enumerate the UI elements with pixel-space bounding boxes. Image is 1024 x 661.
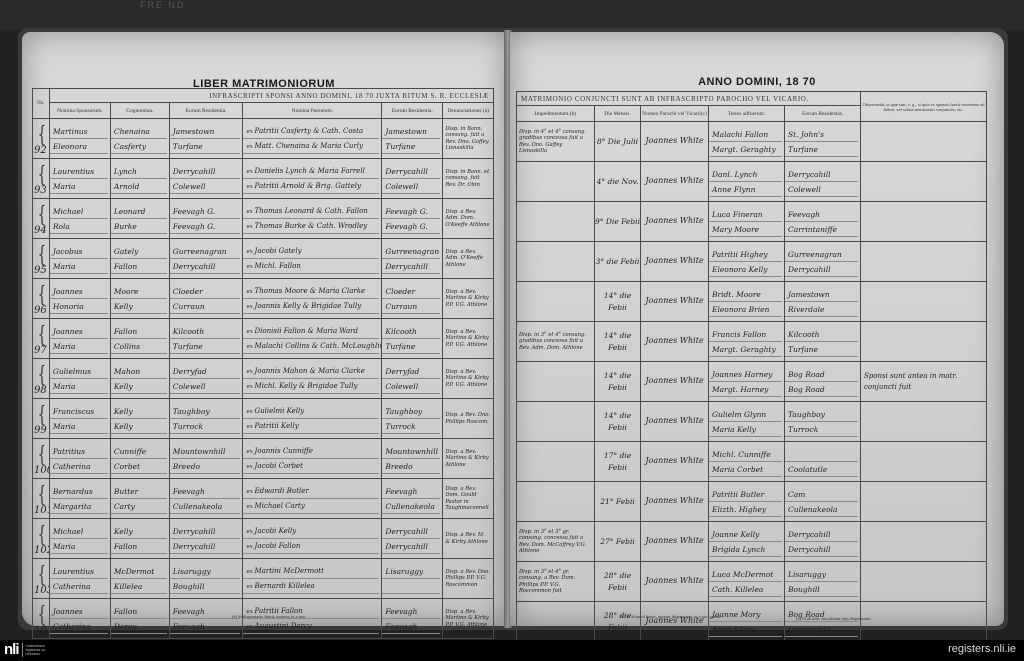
register-entry-row: 96JoannesHonoriaMooreKellyCloederCurraun… <box>33 279 494 319</box>
viewer-footer-bar: nli Leabharlann Náisiúnta na hÉireann re… <box>0 640 1024 661</box>
observations-note <box>861 602 987 642</box>
register-entry-row: 95JacobusMariaGatelyFallonGurreenagranDe… <box>33 239 494 279</box>
register-entry-row: 102MichaelMariaKellyFallonDerrycahillDer… <box>33 519 494 559</box>
observations-note <box>861 122 987 162</box>
parents-names: Patritii Casferty & Cath. CostaMatt. Che… <box>243 119 382 159</box>
parents-residence: GurreenagranDerrycahill <box>382 239 443 279</box>
spouse-surnames: ChenainaCasferty <box>110 119 169 159</box>
parents-residence: FeevaghCullenakeola <box>382 479 443 519</box>
witness-residence: GurreenagranDerrycahill <box>785 242 861 282</box>
marriage-date: 28° die Febii <box>595 602 641 642</box>
register-entry-row: 101BernardusMargaritaButterCartyFeevaghC… <box>33 479 494 519</box>
spouse-surnames: GatelyFallon <box>110 239 169 279</box>
spouse-residence: DerrycahillDerrycahill <box>169 519 243 559</box>
col-parents-residence: Eorum Residentia. <box>382 103 443 119</box>
register-entry-row: 93LaurentiusMariaLynchArnoldDerrycahillC… <box>33 159 494 199</box>
spouse-names: BernardusMargarita <box>49 479 110 519</box>
spouse-surnames: LynchArnold <box>110 159 169 199</box>
marriage-date: 27° Febii <box>595 522 641 562</box>
marriage-date: 14° die Febii <box>595 322 641 362</box>
witness-names: Luca McDermotCath. Killelea <box>709 562 785 602</box>
impediment-note <box>517 362 595 402</box>
spouse-residence: DerrycahillColewell <box>169 159 243 199</box>
right-footnote-c: (c) Si ab alio, inscribatur ejus dispens… <box>796 616 871 621</box>
denunciation-note: Disp. a Rev. Martino & Kirby P.P. V.G. A… <box>443 599 494 639</box>
entry-number: 97 <box>33 319 50 359</box>
register-entry-row: 14° die FebiiJoannes WhiteGulielm GlynnM… <box>517 402 987 442</box>
parents-residence: DerryfadColewell <box>382 359 443 399</box>
observations-note <box>861 202 987 242</box>
denunciation-note: Disp. a Rev. Dno. Phillips Roscom. <box>443 399 494 439</box>
marriage-date: 21° Febii <box>595 482 641 522</box>
observations-note <box>861 282 987 322</box>
col-denunciations: Denunciationes (a) <box>443 103 494 119</box>
impediment-note <box>517 402 595 442</box>
marriage-date: 14° die Febii <box>595 362 641 402</box>
register-entry-row: 17° die FebiiJoannes WhiteMichl. Cunniff… <box>517 442 987 482</box>
register-entry-row: 14° die FebiiJoannes WhiteJoannes Harney… <box>517 362 987 402</box>
witness-names: Patritii HigheyEleonora Kelly <box>709 242 785 282</box>
witness-residence: JamestownRiverdale <box>785 282 861 322</box>
spouse-surnames: MooreKelly <box>110 279 169 319</box>
register-entry-row: 98GulielmusMariaMahonKellyDerryfadColewe… <box>33 359 494 399</box>
parents-names: Danielis Lynch & Maria FarrellPatritii A… <box>243 159 382 199</box>
denunciation-note: Disp. in Bann. consang. fuit a Rev. Dno.… <box>443 119 494 159</box>
parents-names: Thomas Moore & Maria ClarkeJoannis Kelly… <box>243 279 382 319</box>
witness-names: Danl. LynchAnne Flynn <box>709 162 785 202</box>
entry-number: 100 <box>33 439 50 479</box>
register-entry-row: 28° die FebiiJoannes WhiteJoanne MoryAnn… <box>517 602 987 642</box>
spouse-names: JoannesHonoria <box>49 279 110 319</box>
register-entry-row: Disp. in 3° et 4° gr. consang. a Rev. Do… <box>517 562 987 602</box>
witness-names: Joanne KellyBrigida Lynch <box>709 522 785 562</box>
parents-names: Martini McDermottBernardi Killelea <box>243 559 382 599</box>
observations-note <box>861 562 987 602</box>
register-book: LIBER MATRIMONIORUM No. INFRASCRIPTI SPO… <box>18 28 1008 630</box>
col-witness-residence: Eorum Residentia. <box>785 106 861 122</box>
observations-note <box>861 482 987 522</box>
parents-residence: DerrycahillColewell <box>382 159 443 199</box>
denunciation-note: Disp. a Rev. Martino & Kirby P.P. V.G. A… <box>443 319 494 359</box>
right-page: ANNO DOMINI, 18 70 MATRIMONIO CONJUNCTI … <box>510 32 1004 626</box>
spouse-names: FranciscusMaria <box>49 399 110 439</box>
marriage-date: 3° die Febii <box>595 242 641 282</box>
marriage-date: 17° die Febii <box>595 442 641 482</box>
col-surnames: Cognomina. <box>110 103 169 119</box>
denunciation-note: Disp. a Rev. Adm. O'Keeffe Athlone <box>443 239 494 279</box>
spouse-names: MartinusEleonora <box>49 119 110 159</box>
spouse-residence: Feevagh G.Feevagh G. <box>169 199 243 239</box>
witness-names: Gulielm GlynnMaria Kelly <box>709 402 785 442</box>
parents-residence: TaughboyTurrock <box>382 399 443 439</box>
register-entry-row: 100PatritiusCatherinaCunniffeCorbetMount… <box>33 439 494 479</box>
observations-note: Sponsi sunt antea in matr. conjuncti fui… <box>861 362 987 402</box>
denunciation-note: Disp. a Rev. Adm. Dom. O'Keeffe Athlone <box>443 199 494 239</box>
parents-residence: Lisaruggy <box>382 559 443 599</box>
witness-names: Joannes HarneyMargt. Harney <box>709 362 785 402</box>
witness-residence: DerrycahillColewell <box>785 162 861 202</box>
nli-logo-mark: nli <box>4 642 19 657</box>
impediment-note: Disp. in 3° et 4° consang. gradibus conc… <box>517 322 595 362</box>
witness-residence: Bog RoadBog Road <box>785 362 861 402</box>
parents-names: Edwardi ButlerMichael Carty <box>243 479 382 519</box>
spouse-names: LaurentiusMaria <box>49 159 110 199</box>
parents-residence: CloederCurraun <box>382 279 443 319</box>
marriage-date: 28° die Febii <box>595 562 641 602</box>
parents-names: Jacobi GatelyMichl. Fallon <box>243 239 382 279</box>
spouse-surnames: KellyKelly <box>110 399 169 439</box>
entry-number: 99 <box>33 399 50 439</box>
spouse-surnames: LeonardBurke <box>110 199 169 239</box>
register-entry-row: 99FranciscusMariaKellyKellyTaughboyTurro… <box>33 399 494 439</box>
impediment-note: Disp. in 3° et 4° gr. consang. a Rev. Do… <box>517 562 595 602</box>
spouse-residence: CloederCurraun <box>169 279 243 319</box>
parents-residence: FeevaghFeevagh <box>382 599 443 639</box>
right-banner: MATRIMONIO CONJUNCTI SUNT AB INFRASCRIPT… <box>517 92 861 106</box>
entry-number: 94 <box>33 199 50 239</box>
parents-names: Jacobi KellyJacobi Fallon <box>243 519 382 559</box>
register-entry-row: 94MichaelRolaLeonardBurkeFeevagh G.Feeva… <box>33 199 494 239</box>
marriage-register-table-left: No. INFRASCRIPTI SPONSI ANNO DOMINI, 18 … <box>32 88 494 639</box>
top-strip: FRE ND <box>0 0 1024 30</box>
spouse-residence: JamestownTurfane <box>169 119 243 159</box>
impediment-note: Disp. in 4° et 4° consang. gradibus conc… <box>517 122 595 162</box>
impediment-note <box>517 202 595 242</box>
register-entry-row: 103LaurentiusCatherinaMcDermotKilleleaLi… <box>33 559 494 599</box>
witness-names: Bridt. MooreEleonora Brien <box>709 282 785 322</box>
denunciation-note: Disp. a Rev. M. & Kirby Athlone <box>443 519 494 559</box>
parents-residence: Feevagh G.Feevagh G. <box>382 199 443 239</box>
spouse-surnames: MahonKelly <box>110 359 169 399</box>
spouse-names: MichaelRola <box>49 199 110 239</box>
col-number: No. <box>33 89 50 119</box>
officiating-priest: Joannes White <box>641 202 709 242</box>
parents-residence: KilcoothTurfane <box>382 319 443 359</box>
logo-divider <box>22 643 23 657</box>
spouse-residence: LisaruggyBoughill <box>169 559 243 599</box>
officiating-priest: Joannes White <box>641 442 709 482</box>
right-footnote-b: (b) Si aliquod fuerit, notetur dispensat… <box>620 614 721 619</box>
witness-names: Luca FineranMary Moore <box>709 202 785 242</box>
witness-residence: Coolatutle <box>785 442 861 482</box>
witness-residence: St. John'sTurfane <box>785 122 861 162</box>
right-page-title: ANNO DOMINI, 18 70 <box>510 76 1004 88</box>
register-entry-row: Disp. in 3° et 3° gr. consang. concessa … <box>517 522 987 562</box>
marriage-date: 14° die Febii <box>595 402 641 442</box>
spouse-surnames: KellyFallon <box>110 519 169 559</box>
witness-residence: DerrycahillDerrycahill <box>785 522 861 562</box>
officiating-priest: Joannes White <box>641 362 709 402</box>
parents-names: Joannis Mahon & Maria ClarkeMichl. Kelly… <box>243 359 382 399</box>
spouse-residence: DerryfadColewell <box>169 359 243 399</box>
entry-number: 102 <box>33 519 50 559</box>
register-entry-row: 97JoannesMariaFallonCollinsKilcoothTurfa… <box>33 319 494 359</box>
impediment-note <box>517 482 595 522</box>
entry-number: 101 <box>33 479 50 519</box>
parents-names: Gulielmi KellyPatritii Kelly <box>243 399 382 439</box>
denunciation-note: Disp. a Rev. Martino & Kirby P.P. V.G. A… <box>443 279 494 319</box>
spouse-names: JoannesCatherina <box>49 599 110 639</box>
entry-number: 92 <box>33 119 50 159</box>
impediment-note <box>517 442 595 482</box>
impediment-note <box>517 242 595 282</box>
spouse-surnames: McDermotKillelea <box>110 559 169 599</box>
witness-residence: CamCullenakeola <box>785 482 861 522</box>
witness-residence: KilcoothTurfane <box>785 322 861 362</box>
denunciation-note: Disp. a Rev. Dno. Phillips P.P. V.G. Ros… <box>443 559 494 599</box>
col-priest: Nomen Parochi vel Vicarii(c) <box>641 106 709 122</box>
spouse-surnames: FallonCollins <box>110 319 169 359</box>
left-page: LIBER MATRIMONIORUM No. INFRASCRIPTI SPO… <box>22 32 506 626</box>
register-entry-row: 92MartinusEleonoraChenainaCasfertyJamest… <box>33 119 494 159</box>
parents-names: Joannis CunniffeJacobi Corbet <box>243 439 382 479</box>
denunciation-note: Disp. a Rev. Martino & Kirby Athlone <box>443 439 494 479</box>
officiating-priest: Joannes White <box>641 122 709 162</box>
spouse-residence: TaughboyTurrock <box>169 399 243 439</box>
entry-number: 103 <box>33 599 50 639</box>
marriage-date: 4° die Nov. <box>595 162 641 202</box>
nli-logo-text: Leabharlann Náisiúnta na hÉireann <box>26 644 48 656</box>
witness-names: Joanne MoryAnna Shaw <box>709 602 785 642</box>
entry-number: 93 <box>33 159 50 199</box>
impediment-note: Disp. in 3° et 3° gr. consang. concessa … <box>517 522 595 562</box>
spouse-names: PatritiusCatherina <box>49 439 110 479</box>
col-residence: Eorum Residentia. <box>169 103 243 119</box>
witness-names: Francis FallonMargt. Geraghty <box>709 322 785 362</box>
observations-note <box>861 322 987 362</box>
register-viewer: FRE ND LIBER MATRIMONIORUM No. INFRASCRI… <box>0 0 1024 661</box>
register-entry-row: 9° Die FebiiJoannes WhiteLuca FineranMar… <box>517 202 987 242</box>
observations-note <box>861 162 987 202</box>
parents-residence: MountownhillBreedo <box>382 439 443 479</box>
left-banner: INFRASCRIPTI SPONSI ANNO DOMINI, 18 70 J… <box>49 89 493 103</box>
officiating-priest: Joannes White <box>641 242 709 282</box>
spouse-names: JoannesMaria <box>49 319 110 359</box>
witness-names: Malachi FallonMargt. Geraghty <box>709 122 785 162</box>
spouse-residence: KilcoothTurfane <box>169 319 243 359</box>
left-footnote: (a) Si dispensatio fuerit, notetur, et a… <box>232 614 307 619</box>
spouse-names: JacobusMaria <box>49 239 110 279</box>
registers-site-link[interactable]: registers.nli.ie <box>948 643 1016 655</box>
parents-names: Dionisii Fallon & Maria WardMalachi Coll… <box>243 319 382 359</box>
entry-number: 95 <box>33 239 50 279</box>
witness-names: Patritii ButlerElizth. Highey <box>709 482 785 522</box>
officiating-priest: Joannes White <box>641 522 709 562</box>
officiating-priest: Joannes White <box>641 322 709 362</box>
col-witnesses: Testes adfuerunt. <box>709 106 785 122</box>
officiating-priest: Joannes White <box>641 602 709 642</box>
witness-residence: Bog RoadDerrycahill <box>785 602 861 642</box>
marriage-date: 14° die Febii <box>595 282 641 322</box>
witness-names: Michl. CunniffeMaria Corbet <box>709 442 785 482</box>
register-entry-row: Disp. in 3° et 4° consang. gradibus conc… <box>517 322 987 362</box>
officiating-priest: Joannes White <box>641 482 709 522</box>
officiating-priest: Joannes White <box>641 162 709 202</box>
marriage-date: 8° Die Julii <box>595 122 641 162</box>
witness-residence: FeevaghCarrintaniffe <box>785 202 861 242</box>
impediment-note <box>517 162 595 202</box>
officiating-priest: Joannes White <box>641 282 709 322</box>
denunciation-note: Disp. in Bann. et consang. fuit Rev. Dr.… <box>443 159 494 199</box>
spouse-surnames: ButterCarty <box>110 479 169 519</box>
top-ghost-text: FRE ND <box>140 0 186 10</box>
parents-residence: DerrycahillDerrycahill <box>382 519 443 559</box>
spouse-surnames: FallonDarcy <box>110 599 169 639</box>
parents-residence: JamestownTurfane <box>382 119 443 159</box>
register-entry-row: 4° die Nov.Joannes WhiteDanl. LynchAnne … <box>517 162 987 202</box>
spouse-names: GulielmusMaria <box>49 359 110 399</box>
register-entry-row: Disp. in 4° et 4° consang. gradibus conc… <box>517 122 987 162</box>
register-entry-row: 14° die FebiiJoannes WhiteBridt. MooreEl… <box>517 282 987 322</box>
observations-note <box>861 402 987 442</box>
spouse-residence: MountownhillBreedo <box>169 439 243 479</box>
marriage-date: 9° Die Febii <box>595 202 641 242</box>
parents-names: Thomas Leonard & Cath. FallonThomas Burk… <box>243 199 382 239</box>
officiating-priest: Joannes White <box>641 562 709 602</box>
denunciation-note: Disp. a Rev. Dom. Gould Pastor in Taughm… <box>443 479 494 519</box>
entry-number: 98 <box>33 359 50 399</box>
observations-note <box>861 242 987 282</box>
witness-residence: LisaruggyBoughill <box>785 562 861 602</box>
spouse-residence: FeevaghCullenakeola <box>169 479 243 519</box>
col-names: Nomina Sponsorum. <box>49 103 110 119</box>
denunciation-note: Disp. a Rev. Martino & Kirby P.P. V.G. A… <box>443 359 494 399</box>
observations-note <box>861 522 987 562</box>
col-impediment: Impedimentum.(b) <box>517 106 595 122</box>
spouse-residence: GurreenagranDerrycahill <box>169 239 243 279</box>
officiating-priest: Joannes White <box>641 402 709 442</box>
col-observations: Observanda, si quæ sint; v. g., si quis … <box>861 92 987 122</box>
spouse-surnames: CunniffeCorbet <box>110 439 169 479</box>
impediment-note <box>517 602 595 642</box>
observations-note <box>861 442 987 482</box>
col-date: Die Mensis. <box>595 106 641 122</box>
col-parents: Nomina Parentum. <box>243 103 382 119</box>
register-entry-row: 3° die FebiiJoannes WhitePatritii Highey… <box>517 242 987 282</box>
marriage-register-table-right: MATRIMONIO CONJUNCTI SUNT AB INFRASCRIPT… <box>516 91 987 642</box>
entry-number: 103 <box>33 559 50 599</box>
register-entry-row: 21° FebiiJoannes WhitePatritii ButlerEli… <box>517 482 987 522</box>
nli-logo[interactable]: nli Leabharlann Náisiúnta na hÉireann <box>4 642 48 657</box>
witness-residence: TaughboyTurrock <box>785 402 861 442</box>
entry-number: 96 <box>33 279 50 319</box>
spouse-names: MichaelMaria <box>49 519 110 559</box>
impediment-note <box>517 282 595 322</box>
spouse-names: LaurentiusCatherina <box>49 559 110 599</box>
